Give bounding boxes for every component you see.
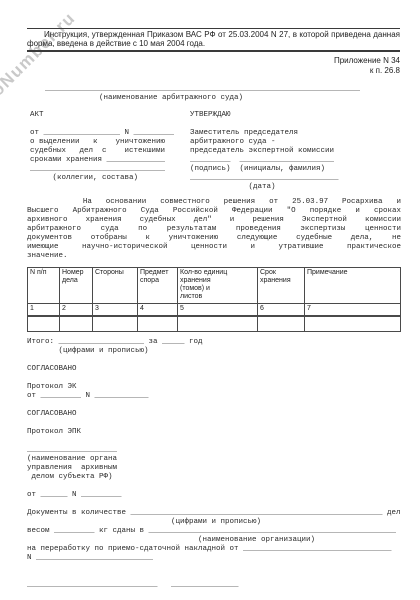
totals-line: Итого: ___________________ за _____ год … [27,338,400,356]
document-content: Инструкция, утвержденная Приказом ВАС РФ… [0,0,420,590]
table-header-row: N п/п Номер дела Стороны Предмет спора К… [28,268,401,304]
table-number-cell: 1 [28,304,60,317]
table-header-cell: N п/п [28,268,60,304]
table-header-cell: Срок хранения [258,268,305,304]
act-approve-columns: АКТ от _________________ N _________ о в… [27,111,400,192]
table-header-cell: Кол-во единиц хранения (томов) и листов [178,268,258,304]
header-note: Инструкция, утвержденная Приказом ВАС РФ… [27,28,400,52]
act-block: АКТ от _________________ N _________ о в… [30,111,190,192]
table-header-cell: Стороны [93,268,138,304]
paragraph-line: архивного хранения судебных дел" и решен… [27,216,401,225]
table-number-row: 1 2 3 4 5 6 7 [28,304,401,317]
intro-paragraph: На основании совместного решения от 25.0… [27,198,401,261]
paragraph-line: документов отобраны к уничтожению следую… [27,234,401,243]
paragraph-line: значение. [27,252,401,261]
table-empty-cell [28,316,60,332]
table-empty-cell [305,316,401,332]
table-number-cell: 2 [60,304,93,317]
table-empty-cell [258,316,305,332]
court-name-block: ________________________________________… [27,85,400,103]
cases-table: N п/п Номер дела Стороны Предмет спора К… [27,267,401,332]
table-number-cell: 6 [258,304,305,317]
appendix-ref: Приложение N 34 к п. 26.8 [27,56,400,75]
approve-block: УТВЕРЖДАЮ Заместитель председателя арбит… [190,111,339,192]
table-number-cell: 4 [138,304,178,317]
table-empty-cell [60,316,93,332]
table-empty-cell [93,316,138,332]
appendix-number: Приложение N 34 [27,56,400,66]
table-header-cell: Предмет спора [138,268,178,304]
paragraph-line: Высшего Арбитражного Суда Российской Фед… [27,207,401,216]
table-number-cell: 7 [305,304,401,317]
appendix-clause: к п. 26.8 [27,66,400,76]
table-number-cell: 5 [178,304,258,317]
table-empty-row [28,316,401,332]
paragraph-line: На основании совместного решения от 25.0… [27,198,401,207]
paragraph-line: имеющие научно-исторической ценности и у… [27,243,401,252]
table-header-cell: Номер дела [60,268,93,304]
table-empty-cell [138,316,178,332]
table-empty-cell [178,316,258,332]
table-number-cell: 3 [93,304,138,317]
document-page: NoNumber.ru Инструкция, утвержденная При… [0,0,420,600]
paragraph-line: арбитражного суда по результатам проведе… [27,225,401,234]
agreed-block: СОГЛАСОВАНО Протокол ЭК от _________ N _… [27,365,400,500]
documents-handover-block: Документы в количестве _________________… [27,509,400,590]
table-header-cell: Примечание [305,268,401,304]
